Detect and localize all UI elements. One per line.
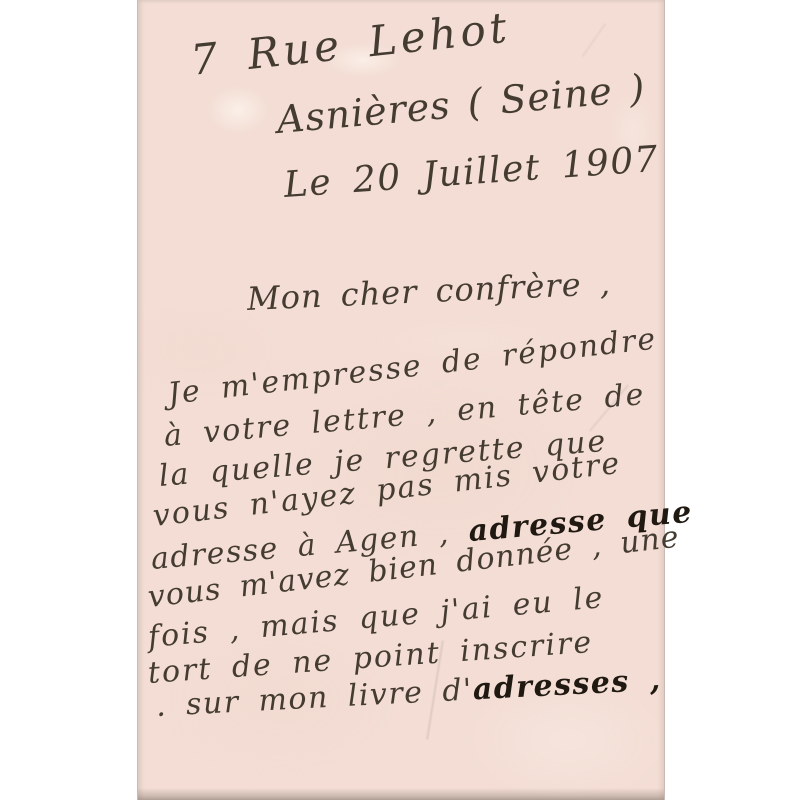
address-line-1: 7 Rue Lehot: [189, 5, 513, 84]
scan-background: 7 Rue Lehot Asnières ( Seine ) Le 20 Jui…: [0, 0, 800, 800]
letter-paper: 7 Rue Lehot Asnières ( Seine ) Le 20 Jui…: [137, 0, 665, 800]
body-line-9-retraced-text: adresses ,: [472, 663, 663, 708]
salutation-line: Mon cher confrère ,: [246, 266, 611, 317]
paper-crease: [582, 23, 607, 57]
salutation-text: Mon cher confrère ,: [246, 264, 612, 318]
address-line-2-text: Asnières ( Seine ): [275, 66, 647, 142]
date-line-text: Le 20 Juillet 1907: [283, 139, 661, 206]
address-line-2: Asnières ( Seine ): [275, 68, 647, 142]
date-line: Le 20 Juillet 1907: [283, 140, 661, 206]
address-line-1-text: 7 Rue Lehot: [188, 3, 512, 85]
